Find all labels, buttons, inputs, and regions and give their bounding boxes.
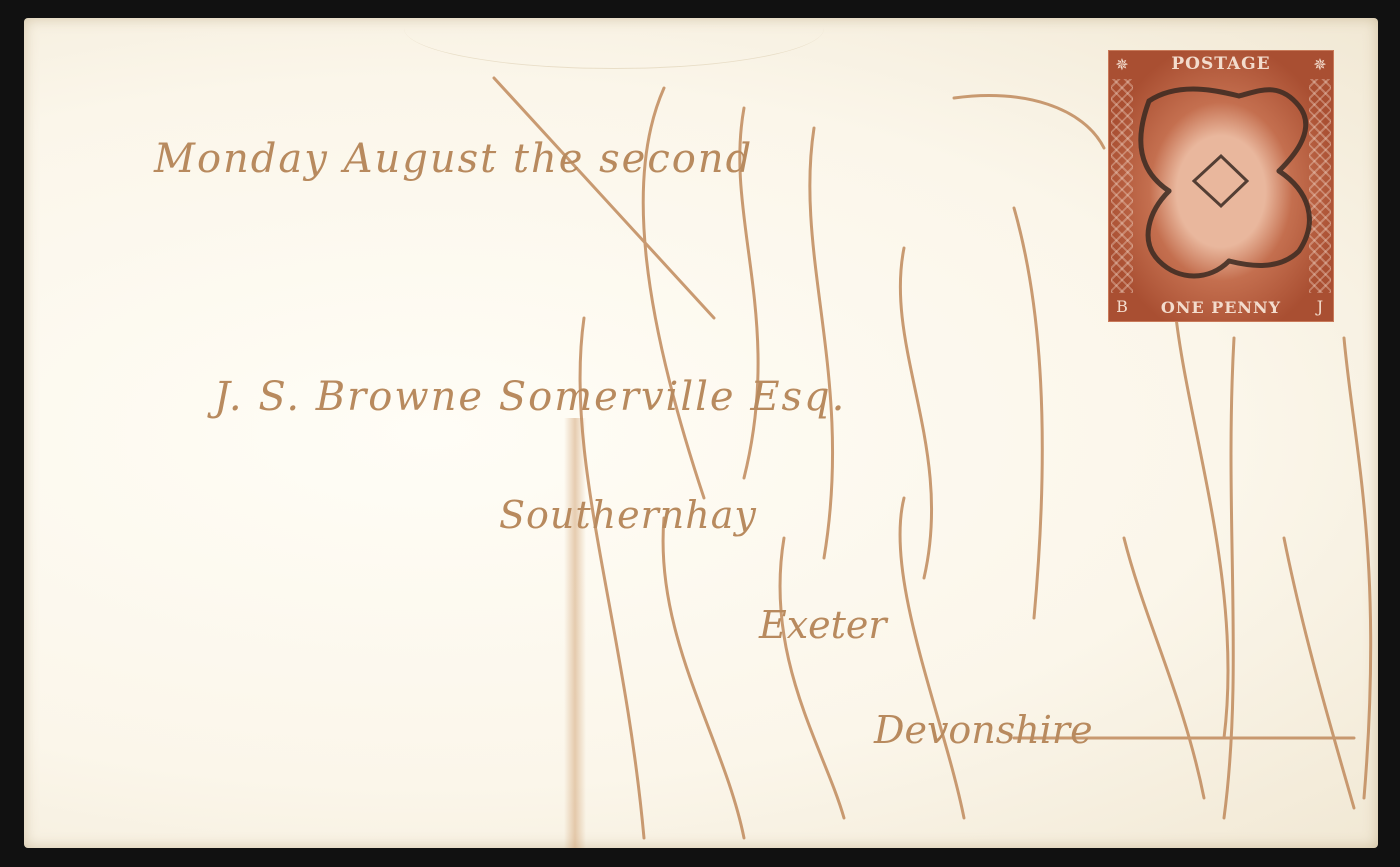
address-line-county: Devonshire xyxy=(874,708,1093,752)
envelope: Monday August the second J. S. Browne So… xyxy=(24,18,1378,848)
maltese-cross-cancel-icon xyxy=(1109,51,1333,321)
penny-red-stamp: ✵ ✵ POSTAGE B J ONE PENNY xyxy=(1109,51,1333,321)
address-line-city: Exeter xyxy=(759,603,887,647)
address-line-date: Monday August the second xyxy=(154,136,753,182)
address-line-addressee: J. S. Browne Somerville Esq. xyxy=(214,374,846,420)
address-line-street: Southernhay xyxy=(499,493,757,537)
